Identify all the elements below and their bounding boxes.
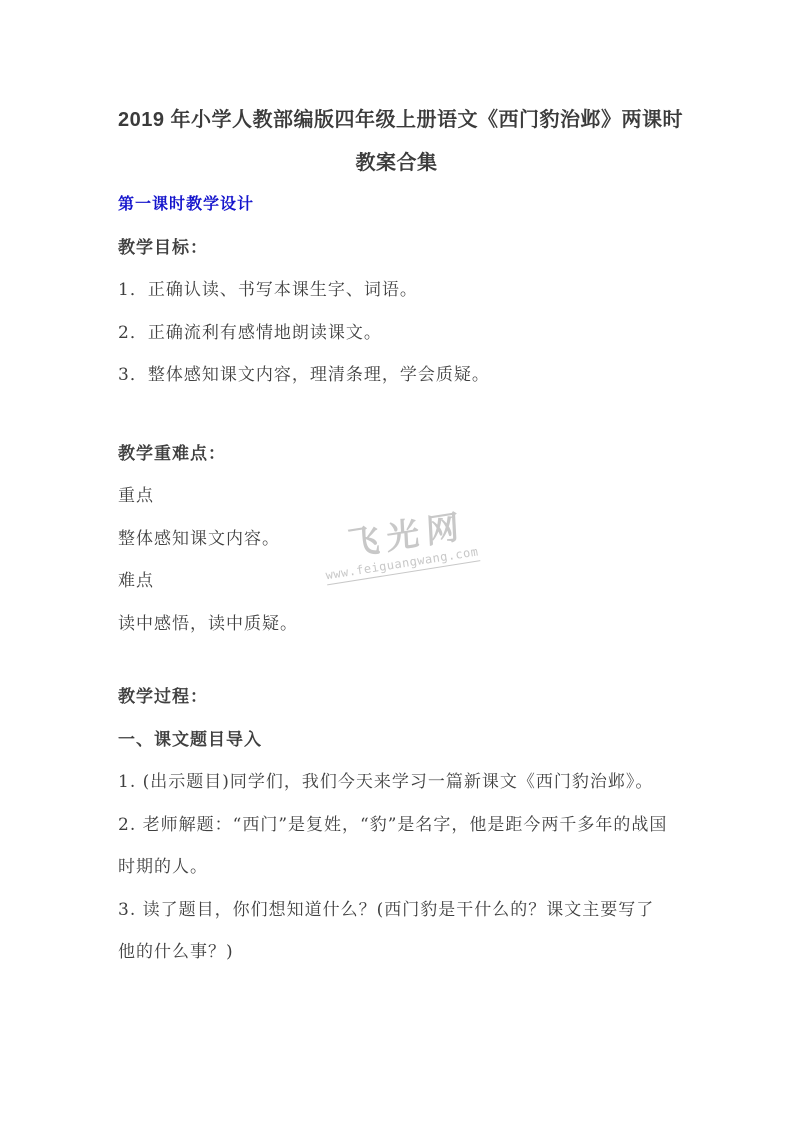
focus-label: 重点 — [118, 475, 675, 518]
process-step-3-line-2: 他的什么事？) — [118, 931, 675, 974]
process-step-3-line-1: 3. 读了题目，你们想知道什么？(西门豹是干什么的？课文主要写了 — [118, 889, 675, 932]
difficulty-text: 读中感悟，读中质疑。 — [118, 603, 675, 646]
objectives-heading: 教学目标： — [118, 227, 675, 270]
document-title-line-1: 2019 年小学人教部编版四年级上册语文《西门豹治邺》两课时 — [118, 99, 675, 142]
document-title-line-2: 教案合集 — [118, 142, 675, 185]
process-section-1-title: 一、课文题目导入 — [118, 719, 675, 762]
process-heading: 教学过程： — [118, 676, 675, 719]
section-gap — [118, 645, 675, 676]
process-step-1: 1. (出示题目)同学们，我们今天来学习一篇新课文《西门豹治邺》。 — [118, 761, 675, 804]
process-step-2-line-2: 时期的人。 — [118, 846, 675, 889]
objective-item-2: 2．正确流利有感情地朗读课文。 — [118, 312, 675, 355]
document-page: 2019 年小学人教部编版四年级上册语文《西门豹治邺》两课时 教案合集 第一课时… — [0, 0, 793, 1122]
objective-item-3: 3．整体感知课文内容，理清条理，学会质疑。 — [118, 354, 675, 397]
difficulty-label: 难点 — [118, 560, 675, 603]
focus-text: 整体感知课文内容。 — [118, 518, 675, 561]
process-step-2-line-1: 2. 老师解题：“西门”是复姓，“豹”是名字，他是距今两千多年的战国 — [118, 804, 675, 847]
document-content: 2019 年小学人教部编版四年级上册语文《西门豹治邺》两课时 教案合集 第一课时… — [118, 99, 675, 974]
key-points-heading: 教学重难点： — [118, 433, 675, 476]
section-gap — [118, 397, 675, 433]
lesson-1-heading: 第一课时教学设计 — [118, 184, 675, 227]
objective-item-1: 1．正确认读、书写本课生字、词语。 — [118, 269, 675, 312]
